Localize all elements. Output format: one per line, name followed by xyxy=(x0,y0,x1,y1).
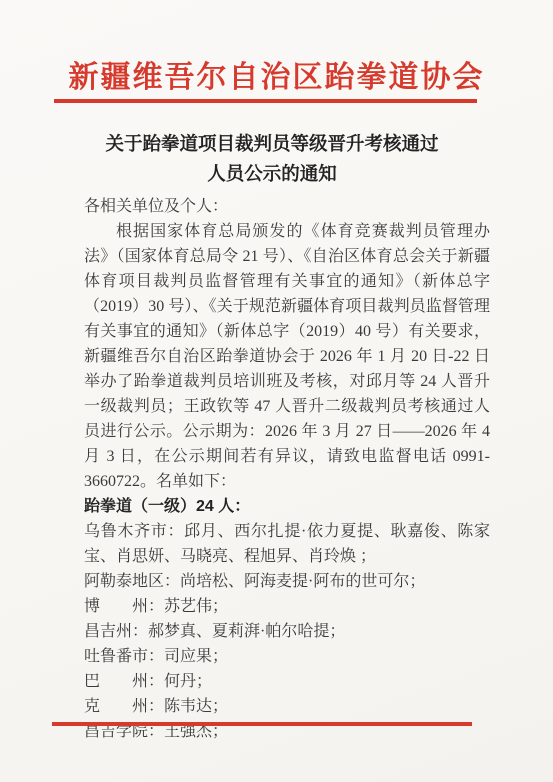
list-item-altay: 阿勒泰地区：尚培松、阿海麦提·阿布的世可尔； xyxy=(84,569,490,594)
document-title-line2: 人员公示的通知 xyxy=(54,159,490,189)
header-red-divider xyxy=(54,99,477,103)
footer-red-divider xyxy=(52,722,472,726)
referee-list-heading: 跆拳道（一级）24 人： xyxy=(84,494,490,519)
notice-document-page: 新疆维吾尔自治区跆拳道协会 关于跆拳道项目裁判员等级晋升考核通过 人员公示的通知… xyxy=(0,0,553,782)
list-item-changji: 昌吉州：郝梦真、夏莉湃·帕尔哈提； xyxy=(84,619,490,644)
list-item-turpan: 吐鲁番市：司应果； xyxy=(84,644,490,669)
document-title: 关于跆拳道项目裁判员等级晋升考核通过 人员公示的通知 xyxy=(54,129,490,189)
list-item-kezhou: 克 州：陈韦达； xyxy=(84,694,490,719)
list-item-bozhou: 博 州：苏艺伟； xyxy=(84,594,490,619)
list-item-urumqi: 乌鲁木齐市：邱月、西尔扎提·依力夏提、耿嘉俊、陈家宝、肖思妍、马晓亮、程旭昇、肖… xyxy=(84,519,490,569)
document-body: 关于跆拳道项目裁判员等级晋升考核通过 人员公示的通知 各相关单位及个人： 根据国… xyxy=(84,129,490,744)
list-item-bazhou: 巴 州：何丹； xyxy=(84,669,490,694)
document-title-line1: 关于跆拳道项目裁判员等级晋升考核通过 xyxy=(54,129,490,159)
salutation-line: 各相关单位及个人： xyxy=(84,194,490,219)
notice-main-paragraph: 根据国家体育总局颁发的《体育竞赛裁判员管理办法》（国家体育总局令 21 号）、《… xyxy=(84,219,490,494)
association-name-header: 新疆维吾尔自治区跆拳道协会 xyxy=(0,52,553,96)
